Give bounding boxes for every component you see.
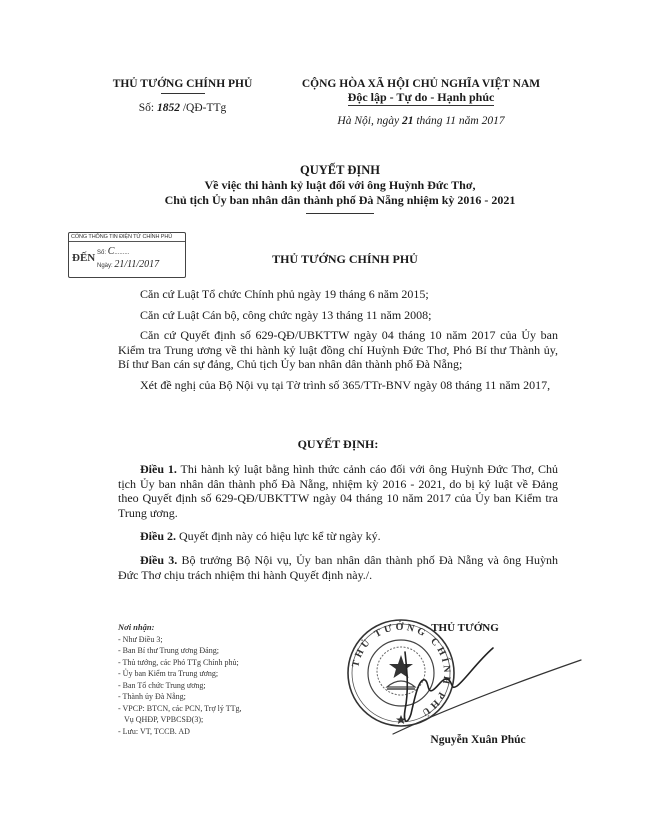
- document-number-value: 1852: [157, 102, 180, 114]
- recipient-item: Thành ủy Đà Nẵng;: [118, 691, 318, 703]
- date-day: 21: [402, 115, 414, 127]
- national-header-block: CỘNG HÒA XÃ HỘI CHỦ NGHĨA VIỆT NAM Độc l…: [290, 78, 552, 127]
- recipients-heading: Nơi nhận:: [118, 622, 318, 634]
- date-prefix: Hà Nội, ngày: [337, 115, 399, 127]
- document-subject-line-2: Chủ tịch Ủy ban nhân dân thành phố Đà Nẵ…: [100, 193, 580, 208]
- preamble-paragraph: Xét đề nghị của Bộ Nội vụ tại Tờ trình s…: [118, 378, 558, 393]
- received-date-value: 21/11/2017: [114, 259, 159, 270]
- preamble-paragraph: Căn cứ Luật Cán bộ, công chức ngày 13 th…: [118, 308, 558, 323]
- received-date-label: Ngày:: [97, 263, 113, 269]
- recipient-item: Ban Bí thư Trung ương Đảng;: [118, 645, 318, 657]
- preamble-paragraph: Căn cứ Quyết định số 629-QĐ/UBKTTW ngày …: [118, 328, 558, 372]
- article-label: Điều 3.: [140, 553, 177, 567]
- document-number-prefix: Số:: [139, 102, 154, 114]
- handwritten-signature-icon: [385, 630, 585, 740]
- issuing-authority-block: THỦ TƯỚNG CHÍNH PHỦ Số: 1852 /QĐ-TTg: [100, 78, 265, 114]
- divider: [161, 93, 205, 94]
- article-3: Điều 3. Bộ trưởng Bộ Nội vụ, Ủy ban nhân…: [118, 553, 558, 582]
- recipients-list: Nơi nhận: Như Điều 3; Ban Bí thư Trung ư…: [118, 622, 318, 737]
- national-motto: Độc lập - Tự do - Hạnh phúc: [348, 90, 495, 106]
- recipient-item-continued: Vụ QHĐP, VPBCSĐ(3);: [118, 714, 318, 726]
- received-stamp-date: Ngày: 21/11/2017: [97, 259, 159, 270]
- signer-name: Nguyễn Xuân Phúc: [408, 734, 548, 746]
- preamble: Căn cứ Luật Tổ chức Chính phủ ngày 19 th…: [118, 287, 558, 399]
- document-type: QUYẾT ĐỊNH: [100, 163, 580, 178]
- received-stamp-header: CỔNG THÔNG TIN ĐIỆN TỬ CHÍNH PHỦ: [69, 233, 185, 242]
- received-stamp-label: ĐẾN: [72, 252, 95, 264]
- article-label: Điều 2.: [140, 529, 176, 543]
- date-suffix: tháng 11 năm 2017: [416, 115, 504, 127]
- nation-name: CỘNG HÒA XÃ HỘI CHỦ NGHĨA VIỆT NAM: [290, 78, 552, 90]
- recipient-item: Ban Tổ chức Trung ương;: [118, 680, 318, 692]
- authority-heading: THỦ TƯỚNG CHÍNH PHỦ: [220, 252, 470, 267]
- preamble-paragraph: Căn cứ Luật Tổ chức Chính phủ ngày 19 th…: [118, 287, 558, 302]
- issuing-authority: THỦ TƯỚNG CHÍNH PHỦ: [100, 78, 265, 90]
- recipient-item: Ủy ban Kiểm tra Trung ương;: [118, 668, 318, 680]
- recipient-item: VPCP: BTCN, các PCN, Trợ lý TTg,: [118, 703, 318, 715]
- article-text: Quyết định này có hiệu lực kể từ ngày ký…: [176, 529, 381, 543]
- article-text: Thi hành kỷ luật bằng hình thức cảnh cáo…: [118, 462, 558, 520]
- article-text: Bộ trưởng Bộ Nội vụ, Ủy ban nhân dân thà…: [118, 553, 558, 582]
- article-1: Điều 1. Thi hành kỷ luật bằng hình thức …: [118, 462, 558, 520]
- recipient-item: Lưu: VT, TCCB. AD: [118, 726, 318, 738]
- document-number-suffix: /QĐ-TTg: [183, 102, 226, 114]
- document-number: Số: 1852 /QĐ-TTg: [100, 102, 265, 114]
- document-title-block: QUYẾT ĐỊNH Về việc thi hành kỷ luật đối …: [100, 163, 580, 214]
- recipient-item: Thủ tướng, các Phó TTg Chính phủ;: [118, 657, 318, 669]
- articles: Điều 1. Thi hành kỷ luật bằng hình thức …: [118, 462, 558, 591]
- recipient-item: Như Điều 3;: [118, 634, 318, 646]
- article-label: Điều 1.: [140, 462, 177, 476]
- article-2: Điều 2. Quyết định này có hiệu lực kể từ…: [118, 529, 558, 544]
- issue-date: Hà Nội, ngày 21 tháng 11 năm 2017: [290, 115, 552, 127]
- decision-heading: QUYẾT ĐỊNH:: [118, 437, 558, 452]
- received-stamp-number: Số: C.........: [97, 246, 129, 257]
- received-stamp: CỔNG THÔNG TIN ĐIỆN TỬ CHÍNH PHỦ ĐẾN Số:…: [68, 232, 186, 278]
- divider: [306, 213, 374, 214]
- document-subject-line-1: Về việc thi hành kỷ luật đối với ông Huỳ…: [100, 178, 580, 193]
- received-number-label: Số:: [97, 250, 106, 256]
